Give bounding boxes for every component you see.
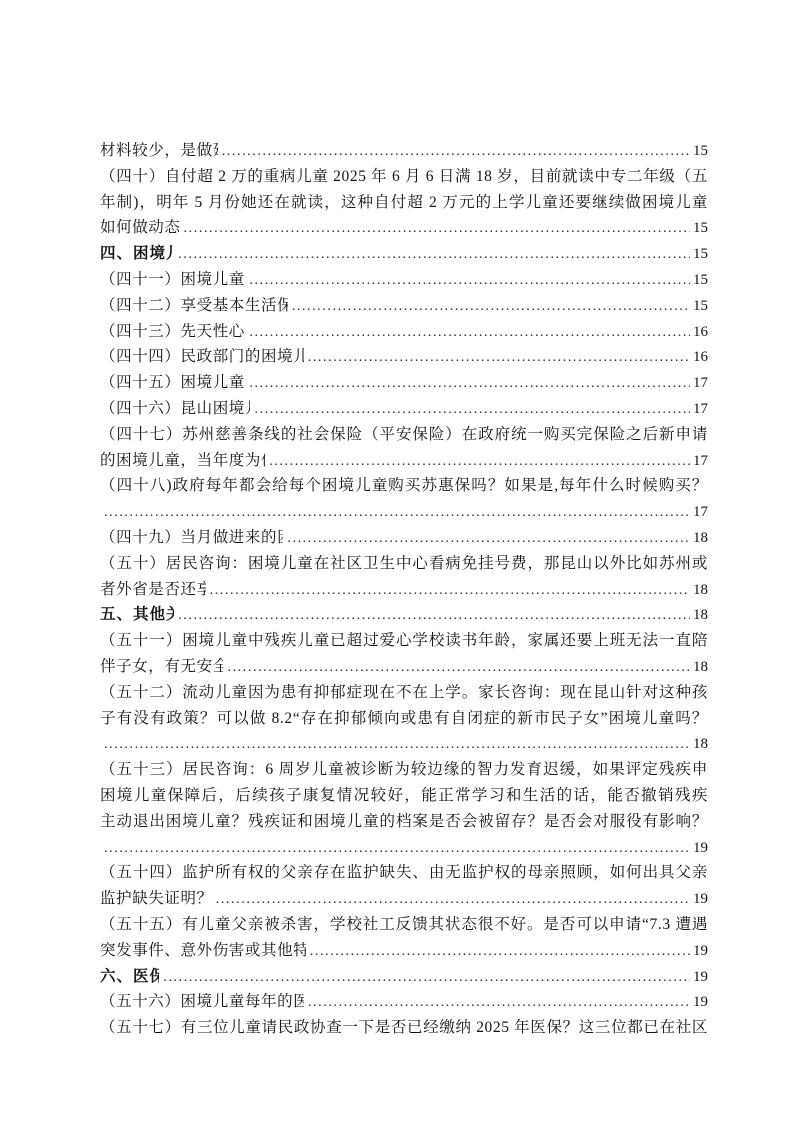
toc-line-text: （四十六）昆山困境儿童医疗救助政策都有哪些？: [100, 396, 250, 422]
toc-line[interactable]: （四十八)政府每年都会给每个困境儿童购买苏惠保吗？如果是,每年什么时候购买？: [100, 473, 708, 499]
toc-line[interactable]: （四十五）困境儿童参加医保有什么福利政策？ 17: [100, 370, 708, 396]
toc-line[interactable]: （四十一）困境儿童基本生活保障标准是多少？ 15: [100, 267, 708, 293]
page-number: 15: [693, 268, 708, 294]
toc-line-text: （四十七）苏州慈善条线的社会保险（平安保险）在政府统一购买完保险之后新申请: [100, 422, 708, 448]
toc-line[interactable]: 18: [100, 731, 708, 757]
toc-line[interactable]: 五、其他关爱保护类 18: [100, 602, 708, 628]
toc-line-text: （五十三）居民咨询：6 周岁儿童被诊断为较边缘的智力发育迟缓，如果评定残疾申请: [100, 757, 708, 783]
dot-leader: [210, 577, 690, 604]
toc-line[interactable]: 材料较少，是做延续还是退出处理？ 15: [100, 138, 708, 164]
toc-line[interactable]: 17: [100, 499, 708, 525]
dot-leader: [249, 319, 690, 346]
page-number: 17: [693, 449, 708, 475]
toc-line[interactable]: （五十三）居民咨询：6 周岁儿童被诊断为较边缘的智力发育迟缓，如果评定残疾申请: [100, 757, 708, 783]
toc-line[interactable]: （四十六）昆山困境儿童医疗救助政策都有哪些？ 17: [100, 396, 708, 422]
dot-leader: [292, 293, 690, 320]
dot-leader: [104, 835, 690, 862]
dot-leader: [216, 886, 690, 913]
toc-line[interactable]: 子有没有政策？可以做 8.2“存在抑郁倾向或患有自闭症的新市民子女”困境儿童吗？: [100, 706, 708, 732]
toc-line-text: （五十七）有三位儿童请民政协查一下是否已经缴纳 2025 年医保？这三位都已在社…: [100, 1015, 708, 1041]
dot-leader: [178, 602, 690, 629]
toc-line[interactable]: （四十二）享受基本生活保障的困境儿童，还能享受哪些福利待遇？ 15: [100, 293, 708, 319]
toc-line-text: （四十一）困境儿童基本生活保障标准是多少？: [100, 267, 245, 293]
toc-line[interactable]: （五十四）监护所有权的父亲存在监护缺失、由无监护权的母亲照顾，如何出具父亲: [100, 860, 708, 886]
table-of-contents: 材料较少，是做延续还是退出处理？ 15 （四十）自付超 2 万的重病儿童 202…: [100, 138, 708, 1041]
toc-line-text: （五十二）流动儿童因为患有抑郁症现在不在上学。家长咨询：现在昆山针对这种孩: [100, 680, 708, 706]
toc-line[interactable]: （四十四）民政部门的困境儿童“福彩圆梦”教育资助政策哪些对象可以享受？ 16: [100, 344, 708, 370]
page-number: 19: [693, 887, 708, 913]
toc-line-text: 子有没有政策？可以做 8.2“存在抑郁倾向或患有自闭症的新市民子女”困境儿童吗？: [100, 706, 708, 732]
dot-leader: [249, 267, 690, 294]
page-number: 19: [693, 836, 708, 862]
page-number: 18: [693, 578, 708, 604]
dot-leader: [269, 448, 690, 475]
toc-line[interactable]: 主动退出困境儿童？残疾证和困境儿童的档案是否会被留存？是否会对服役有影响？: [100, 809, 708, 835]
dot-leader: [104, 731, 690, 758]
toc-line-text: 材料较少，是做延续还是退出处理？: [100, 138, 218, 164]
dot-leader: [249, 370, 690, 397]
page-number: 17: [693, 371, 708, 397]
toc-line-text: （四十五）困境儿童参加医保有什么福利政策？: [100, 370, 245, 396]
toc-line-text: （五十一）困境儿童中残疾儿童已超过爱心学校读书年龄，家属还要上班无法一直陪: [100, 628, 708, 654]
toc-line[interactable]: 19: [100, 835, 708, 861]
toc-line-text: 伴子女，有无安全庇护场所可以提供？: [100, 654, 223, 680]
toc-line-text: 年制)，明年 5 月份她还在就读，这种自付超 2 万元的上学儿童还要继续做困境儿…: [100, 190, 708, 216]
page-number: 15: [693, 139, 708, 165]
dot-leader: [178, 241, 690, 268]
toc-line[interactable]: 监护缺失证明？是否有相关流程？ 19: [100, 886, 708, 912]
toc-line-text: 突发事件、意外伤害或其他特殊困难而陷入困境的儿童”？需要什么申请资料？: [100, 938, 306, 964]
toc-line[interactable]: （四十九）当月做进来的困境儿童什么时候能享受实时医疗救助？ 18: [100, 525, 708, 551]
toc-line-text: （四十四）民政部门的困境儿童“福彩圆梦”教育资助政策哪些对象可以享受？: [100, 344, 304, 370]
toc-line-text: （四十）自付超 2 万的重病儿童 2025 年 6 月 6 日满 18 岁，目前…: [100, 164, 708, 190]
dot-leader: [308, 344, 690, 371]
toc-line[interactable]: 年制)，明年 5 月份她还在就读，这种自付超 2 万元的上学儿童还要继续做困境儿…: [100, 190, 708, 216]
toc-line[interactable]: 困境儿童保障后，后续孩子康复情况较好，能正常学习和生活的话，能否撤销残疾证，: [100, 783, 708, 809]
toc-line[interactable]: 的困境儿童，当年度为什么无法及时享有保险理赔服务？ 17: [100, 448, 708, 474]
toc-line[interactable]: （五十七）有三位儿童请民政协查一下是否已经缴纳 2025 年医保？这三位都已在社…: [100, 1015, 708, 1041]
dot-leader: [184, 215, 690, 242]
toc-line-text: 困境儿童保障后，后续孩子康复情况较好，能正常学习和生活的话，能否撤销残疾证，: [100, 783, 708, 809]
toc-line-text: 者外省是否还享受类似的待遇？: [100, 577, 206, 603]
toc-line-text: （四十三）先天性心脏病可以申请明天计划吗？: [100, 319, 245, 345]
toc-line-text: 五、其他关爱保护类: [100, 602, 174, 628]
page-number: 15: [693, 216, 708, 242]
page-number: 17: [693, 397, 708, 423]
toc-line[interactable]: （五十六）困境儿童每年的医保是由谁负责、谁来交，家长是否要登记缴费？ 19: [100, 989, 708, 1015]
toc-line[interactable]: 突发事件、意外伤害或其他特殊困难而陷入困境的儿童”？需要什么申请资料？ 19: [100, 938, 708, 964]
toc-line[interactable]: （五十）居民咨询：困境儿童在社区卫生中心看病免挂号费，那昆山以外比如苏州或: [100, 551, 708, 577]
toc-line[interactable]: （五十二）流动儿童因为患有抑郁症现在不在上学。家长咨询：现在昆山针对这种孩: [100, 680, 708, 706]
toc-line-text: （四十八)政府每年都会给每个困境儿童购买苏惠保吗？如果是,每年什么时候购买？: [100, 473, 708, 499]
toc-line[interactable]: 如何做动态复核管理？ 15: [100, 215, 708, 241]
toc-line[interactable]: 者外省是否还享受类似的待遇？ 18: [100, 577, 708, 603]
toc-line[interactable]: （五十一）困境儿童中残疾儿童已超过爱心学校读书年龄，家属还要上班无法一直陪: [100, 628, 708, 654]
toc-line[interactable]: （四十三）先天性心脏病可以申请明天计划吗？ 16: [100, 319, 708, 345]
page-number: 16: [693, 345, 708, 371]
page-number: 18: [693, 655, 708, 681]
page-number: 17: [693, 500, 708, 526]
dot-leader: [222, 138, 690, 165]
toc-line-text: 监护缺失证明？是否有相关流程？: [100, 886, 212, 912]
toc-line-text: 四、困境儿童待遇类: [100, 241, 174, 267]
page-number: 18: [693, 603, 708, 629]
dot-leader: [287, 525, 690, 552]
page-number: 19: [693, 990, 708, 1016]
toc-line-text: 主动退出困境儿童？残疾证和困境儿童的档案是否会被留存？是否会对服役有影响？: [100, 809, 708, 835]
dot-leader: [227, 654, 690, 681]
dot-leader: [254, 396, 690, 423]
toc-line[interactable]: （五十五）有儿童父亲被杀害，学校社工反馈其状态很不好。是否可以申请“7.3 遭遇: [100, 912, 708, 938]
toc-line[interactable]: （四十）自付超 2 万的重病儿童 2025 年 6 月 6 日满 18 岁，目前…: [100, 164, 708, 190]
page-number: 15: [693, 242, 708, 268]
document-page: 材料较少，是做延续还是退出处理？ 15 （四十）自付超 2 万的重病儿童 202…: [0, 0, 800, 1131]
toc-line[interactable]: 四、困境儿童待遇类 15: [100, 241, 708, 267]
toc-line-text: （四十二）享受基本生活保障的困境儿童，还能享受哪些福利待遇？: [100, 293, 288, 319]
toc-line[interactable]: （四十七）苏州慈善条线的社会保险（平安保险）在政府统一购买完保险之后新申请: [100, 422, 708, 448]
toc-line-text: （四十九）当月做进来的困境儿童什么时候能享受实时医疗救助？: [100, 525, 283, 551]
page-number: 16: [693, 320, 708, 346]
dot-leader: [163, 964, 690, 991]
page-number: 19: [693, 939, 708, 965]
page-number: 18: [693, 526, 708, 552]
toc-line-text: 六、医保相关类: [100, 964, 159, 990]
toc-line-text: （五十四）监护所有权的父亲存在监护缺失、由无监护权的母亲照顾，如何出具父亲: [100, 860, 708, 886]
toc-line-text: 的困境儿童，当年度为什么无法及时享有保险理赔服务？: [100, 448, 265, 474]
toc-line-text: （五十五）有儿童父亲被杀害，学校社工反馈其状态很不好。是否可以申请“7.3 遭遇: [100, 912, 708, 938]
toc-line[interactable]: 六、医保相关类 19: [100, 964, 708, 990]
page-number: 19: [693, 965, 708, 991]
toc-line-text: （五十）居民咨询：困境儿童在社区卫生中心看病免挂号费，那昆山以外比如苏州或: [100, 551, 708, 577]
toc-line-text: （五十六）困境儿童每年的医保是由谁负责、谁来交，家长是否要登记缴费？: [100, 989, 304, 1015]
dot-leader: [310, 938, 690, 965]
toc-line[interactable]: 伴子女，有无安全庇护场所可以提供？ 18: [100, 654, 708, 680]
dot-leader: [104, 499, 690, 526]
page-number: 18: [693, 732, 708, 758]
toc-line-text: 如何做动态复核管理？: [100, 215, 180, 241]
page-number: 15: [693, 294, 708, 320]
dot-leader: [308, 989, 690, 1016]
